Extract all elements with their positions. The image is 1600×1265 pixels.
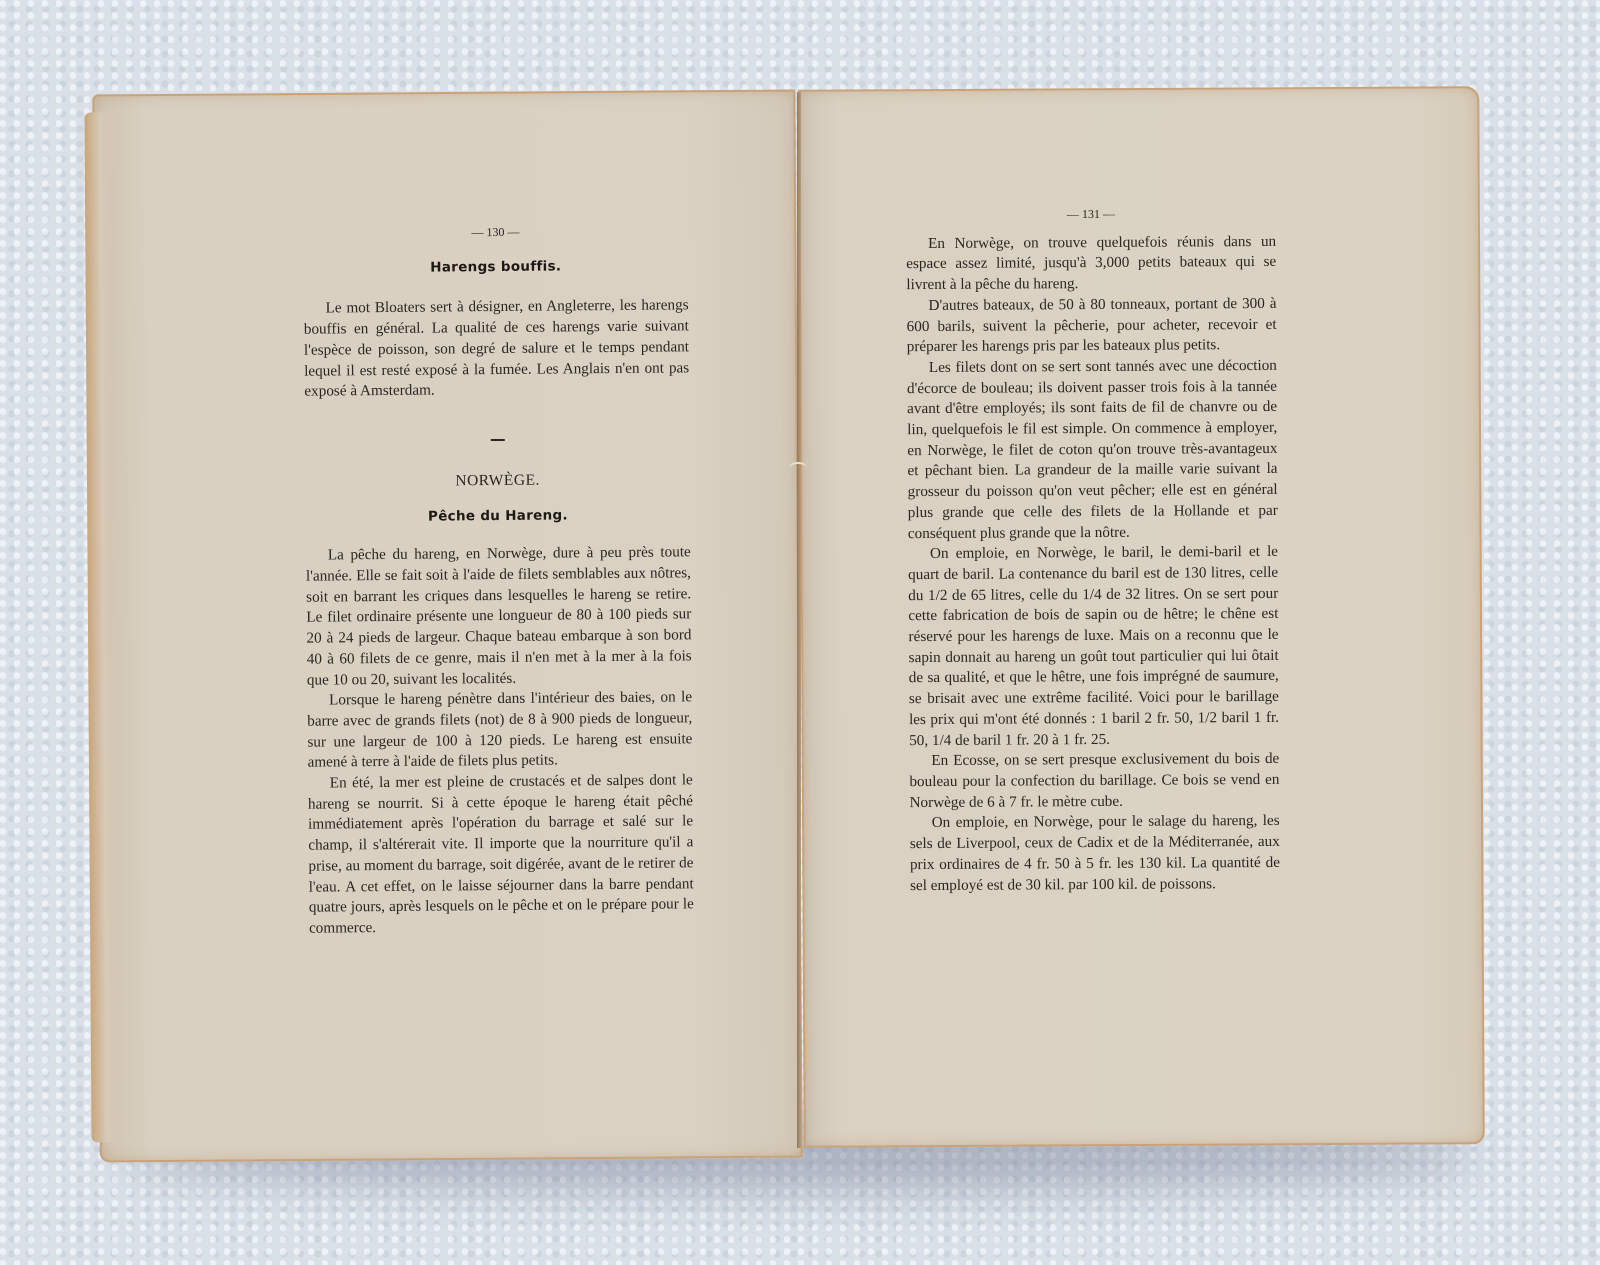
right-page-text: — 131 — En Norwège, on trouve quelquefoi… xyxy=(906,203,1280,896)
paragraph: On emploie, en Norwège, le baril, le dem… xyxy=(908,542,1279,751)
left-page-text: — 130 — Harengs bouffis. Le mot Bloaters… xyxy=(303,220,694,939)
paragraph: On emploie, en Norwège, pour le salage d… xyxy=(910,811,1280,896)
paragraph: En Ecosse, on se sert presque exclusivem… xyxy=(909,749,1279,813)
page-number: — 130 — xyxy=(303,220,688,244)
chapter-title: NORWÈGE. xyxy=(305,469,690,493)
paragraph: En été, la mer est pleine de crustacés e… xyxy=(308,770,694,939)
binding-thread xyxy=(789,462,807,474)
paragraph: La pêche du hareng, en Norwège, dure à p… xyxy=(306,543,692,691)
subsection-title: Pêche du Hareng. xyxy=(305,504,690,528)
section-separator xyxy=(490,439,504,441)
page-number: — 131 — xyxy=(906,203,1276,226)
intro-block: Le mot Bloaters sert à désigner, en Angl… xyxy=(304,296,690,403)
paragraph: Le mot Bloaters sert à désigner, en Angl… xyxy=(304,296,690,403)
paragraph: D'autres bateaux, de 50 à 80 tonneaux, p… xyxy=(906,294,1276,358)
paragraph: En Norwège, on trouve quelquefois réunis… xyxy=(906,232,1276,296)
section-title: Harengs bouffis. xyxy=(303,255,688,279)
body-block: La pêche du hareng, en Norwège, dure à p… xyxy=(306,543,694,940)
paragraph: Les filets dont on se sert sont tannés a… xyxy=(907,356,1278,545)
paragraph: Lorsque le hareng pénètre dans l'intérie… xyxy=(307,688,693,774)
page-block-edge xyxy=(84,112,117,1142)
open-book: — 130 — Harengs bouffis. Le mot Bloaters… xyxy=(0,0,1600,1265)
book-gutter xyxy=(797,92,801,1148)
